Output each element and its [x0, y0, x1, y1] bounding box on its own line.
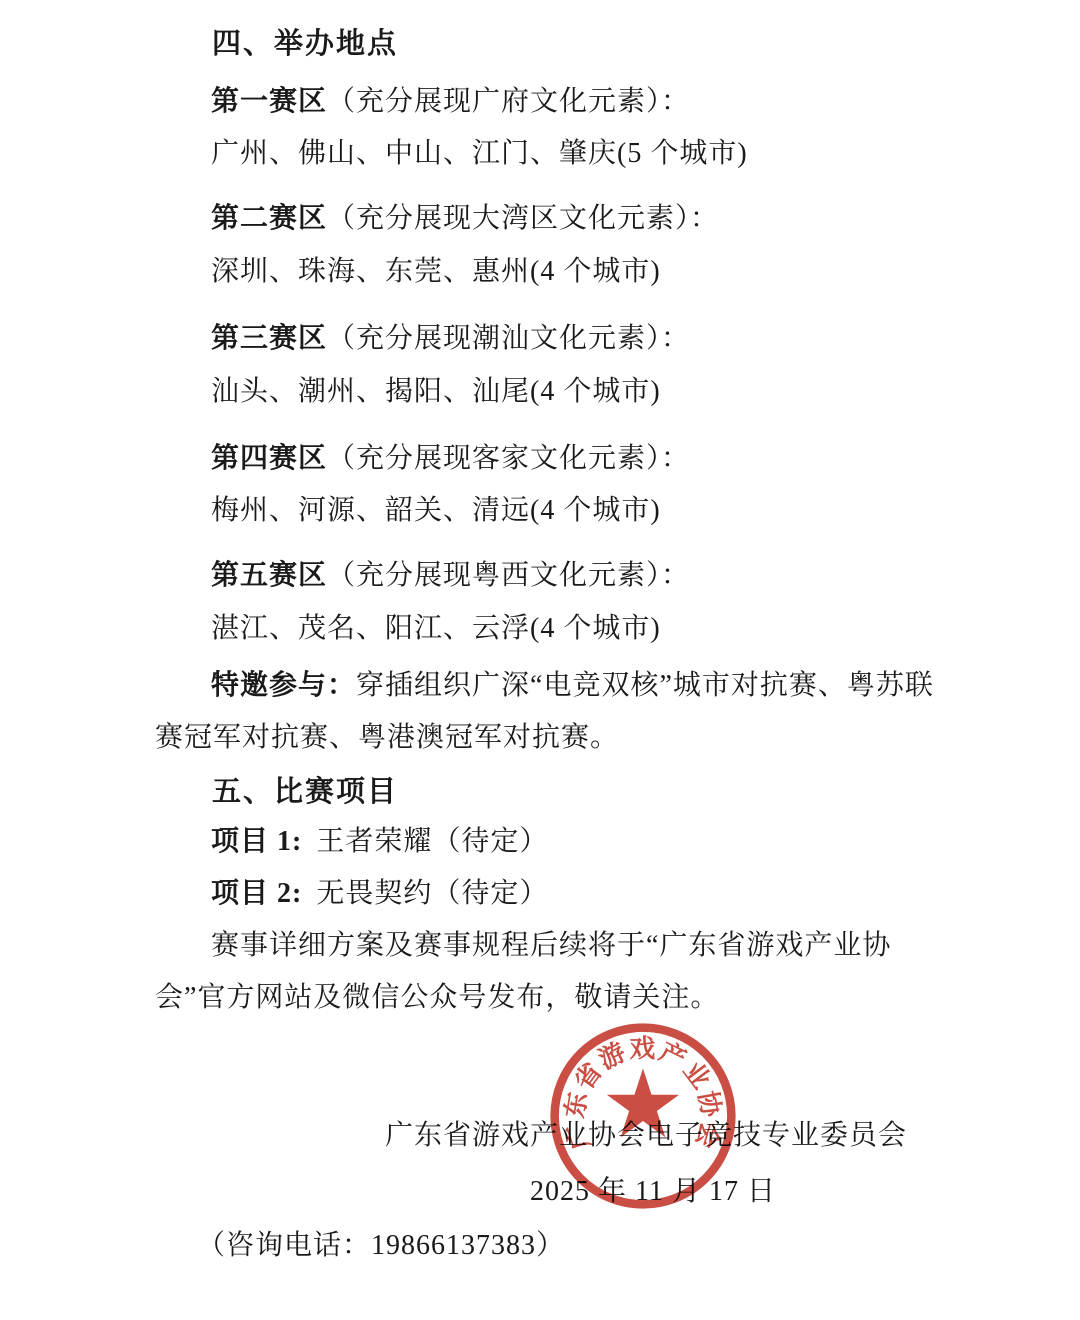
zone-paragraph: 第三赛区（充分展现潮汕文化元素）： [155, 313, 947, 365]
signature-date: 2025 年 11 月 17 日 [530, 1166, 776, 1218]
zone-desc: （充分展现客家文化元素）： [327, 443, 690, 474]
signature-organization: 广东省游戏产业协会电子竞技专业委员会 [385, 1110, 907, 1162]
event-item-label: 项目 1: [211, 826, 302, 857]
zone-paragraph: 第一赛区（充分展现广府文化元素）： [155, 76, 947, 128]
zone-cities: 汕头、潮州、揭阳、汕尾(4 个城市) [155, 366, 947, 418]
special-invitation-label: 特邀参与： [211, 670, 356, 701]
event-item-text: 王者荣耀（待定） [302, 826, 548, 857]
event-item: 项目 1:王者荣耀（待定） [155, 816, 947, 868]
zone-name: 第二赛区 [211, 203, 327, 234]
zone-head-line: 第二赛区（充分展现大湾区文化元素）： [155, 193, 947, 245]
zone-paragraph: 第二赛区（充分展现大湾区文化元素）： [155, 193, 947, 245]
contact-phone-line: （咨询电话：19866137383） [197, 1220, 565, 1272]
zone-head-line: 第一赛区（充分展现广府文化元素）： [155, 76, 947, 128]
zone-desc: （充分展现粤西文化元素）： [327, 560, 690, 591]
zone-name: 第四赛区 [211, 443, 327, 474]
zone-cities: 深圳、珠海、东莞、惠州(4 个城市) [155, 246, 947, 298]
zone-head-line: 第五赛区（充分展现粤西文化元素）： [155, 550, 947, 602]
zone-head-line: 第三赛区（充分展现潮汕文化元素）： [155, 313, 947, 365]
zone-head-line: 第四赛区（充分展现客家文化元素）： [155, 433, 947, 485]
zone-name: 第五赛区 [211, 560, 327, 591]
section-venues-heading: 四、举办地点 [212, 18, 398, 70]
event-item: 项目 2:无畏契约（待定） [155, 868, 947, 920]
zone-desc: （充分展现大湾区文化元素）： [327, 203, 719, 234]
zone-desc: （充分展现广府文化元素）： [327, 86, 690, 117]
zone-paragraph: 第五赛区（充分展现粤西文化元素）： [155, 550, 947, 602]
zone-name: 第三赛区 [211, 323, 327, 354]
event-item-text: 无畏契约（待定） [302, 878, 548, 909]
zone-cities: 湛江、茂名、阳江、云浮(4 个城市) [155, 603, 947, 655]
zone-paragraph: 第四赛区（充分展现客家文化元素）： [155, 433, 947, 485]
zone-cities: 广州、佛山、中山、江门、肇庆(5 个城市) [155, 128, 947, 180]
zone-desc: （充分展现潮汕文化元素）： [327, 323, 690, 354]
zone-cities: 梅州、河源、韶关、清远(4 个城市) [155, 485, 947, 537]
section-events-heading: 五、比赛项目 [212, 766, 398, 818]
special-invitation-paragraph: 特邀参与：穿插组织广深“电竞双核”城市对抗赛、粤苏联赛冠军对抗赛、粤港澳冠军对抗… [155, 660, 947, 764]
zone-name: 第一赛区 [211, 86, 327, 117]
event-item-label: 项目 2: [211, 878, 302, 909]
document-page: 四、举办地点 第一赛区（充分展现广府文化元素）： 广州、佛山、中山、江门、肇庆(… [0, 0, 1080, 1320]
notice-paragraph: 赛事详细方案及赛事规程后续将于“广东省游戏产业协会”官方网站及微信公众号发布，敬… [155, 920, 947, 1024]
